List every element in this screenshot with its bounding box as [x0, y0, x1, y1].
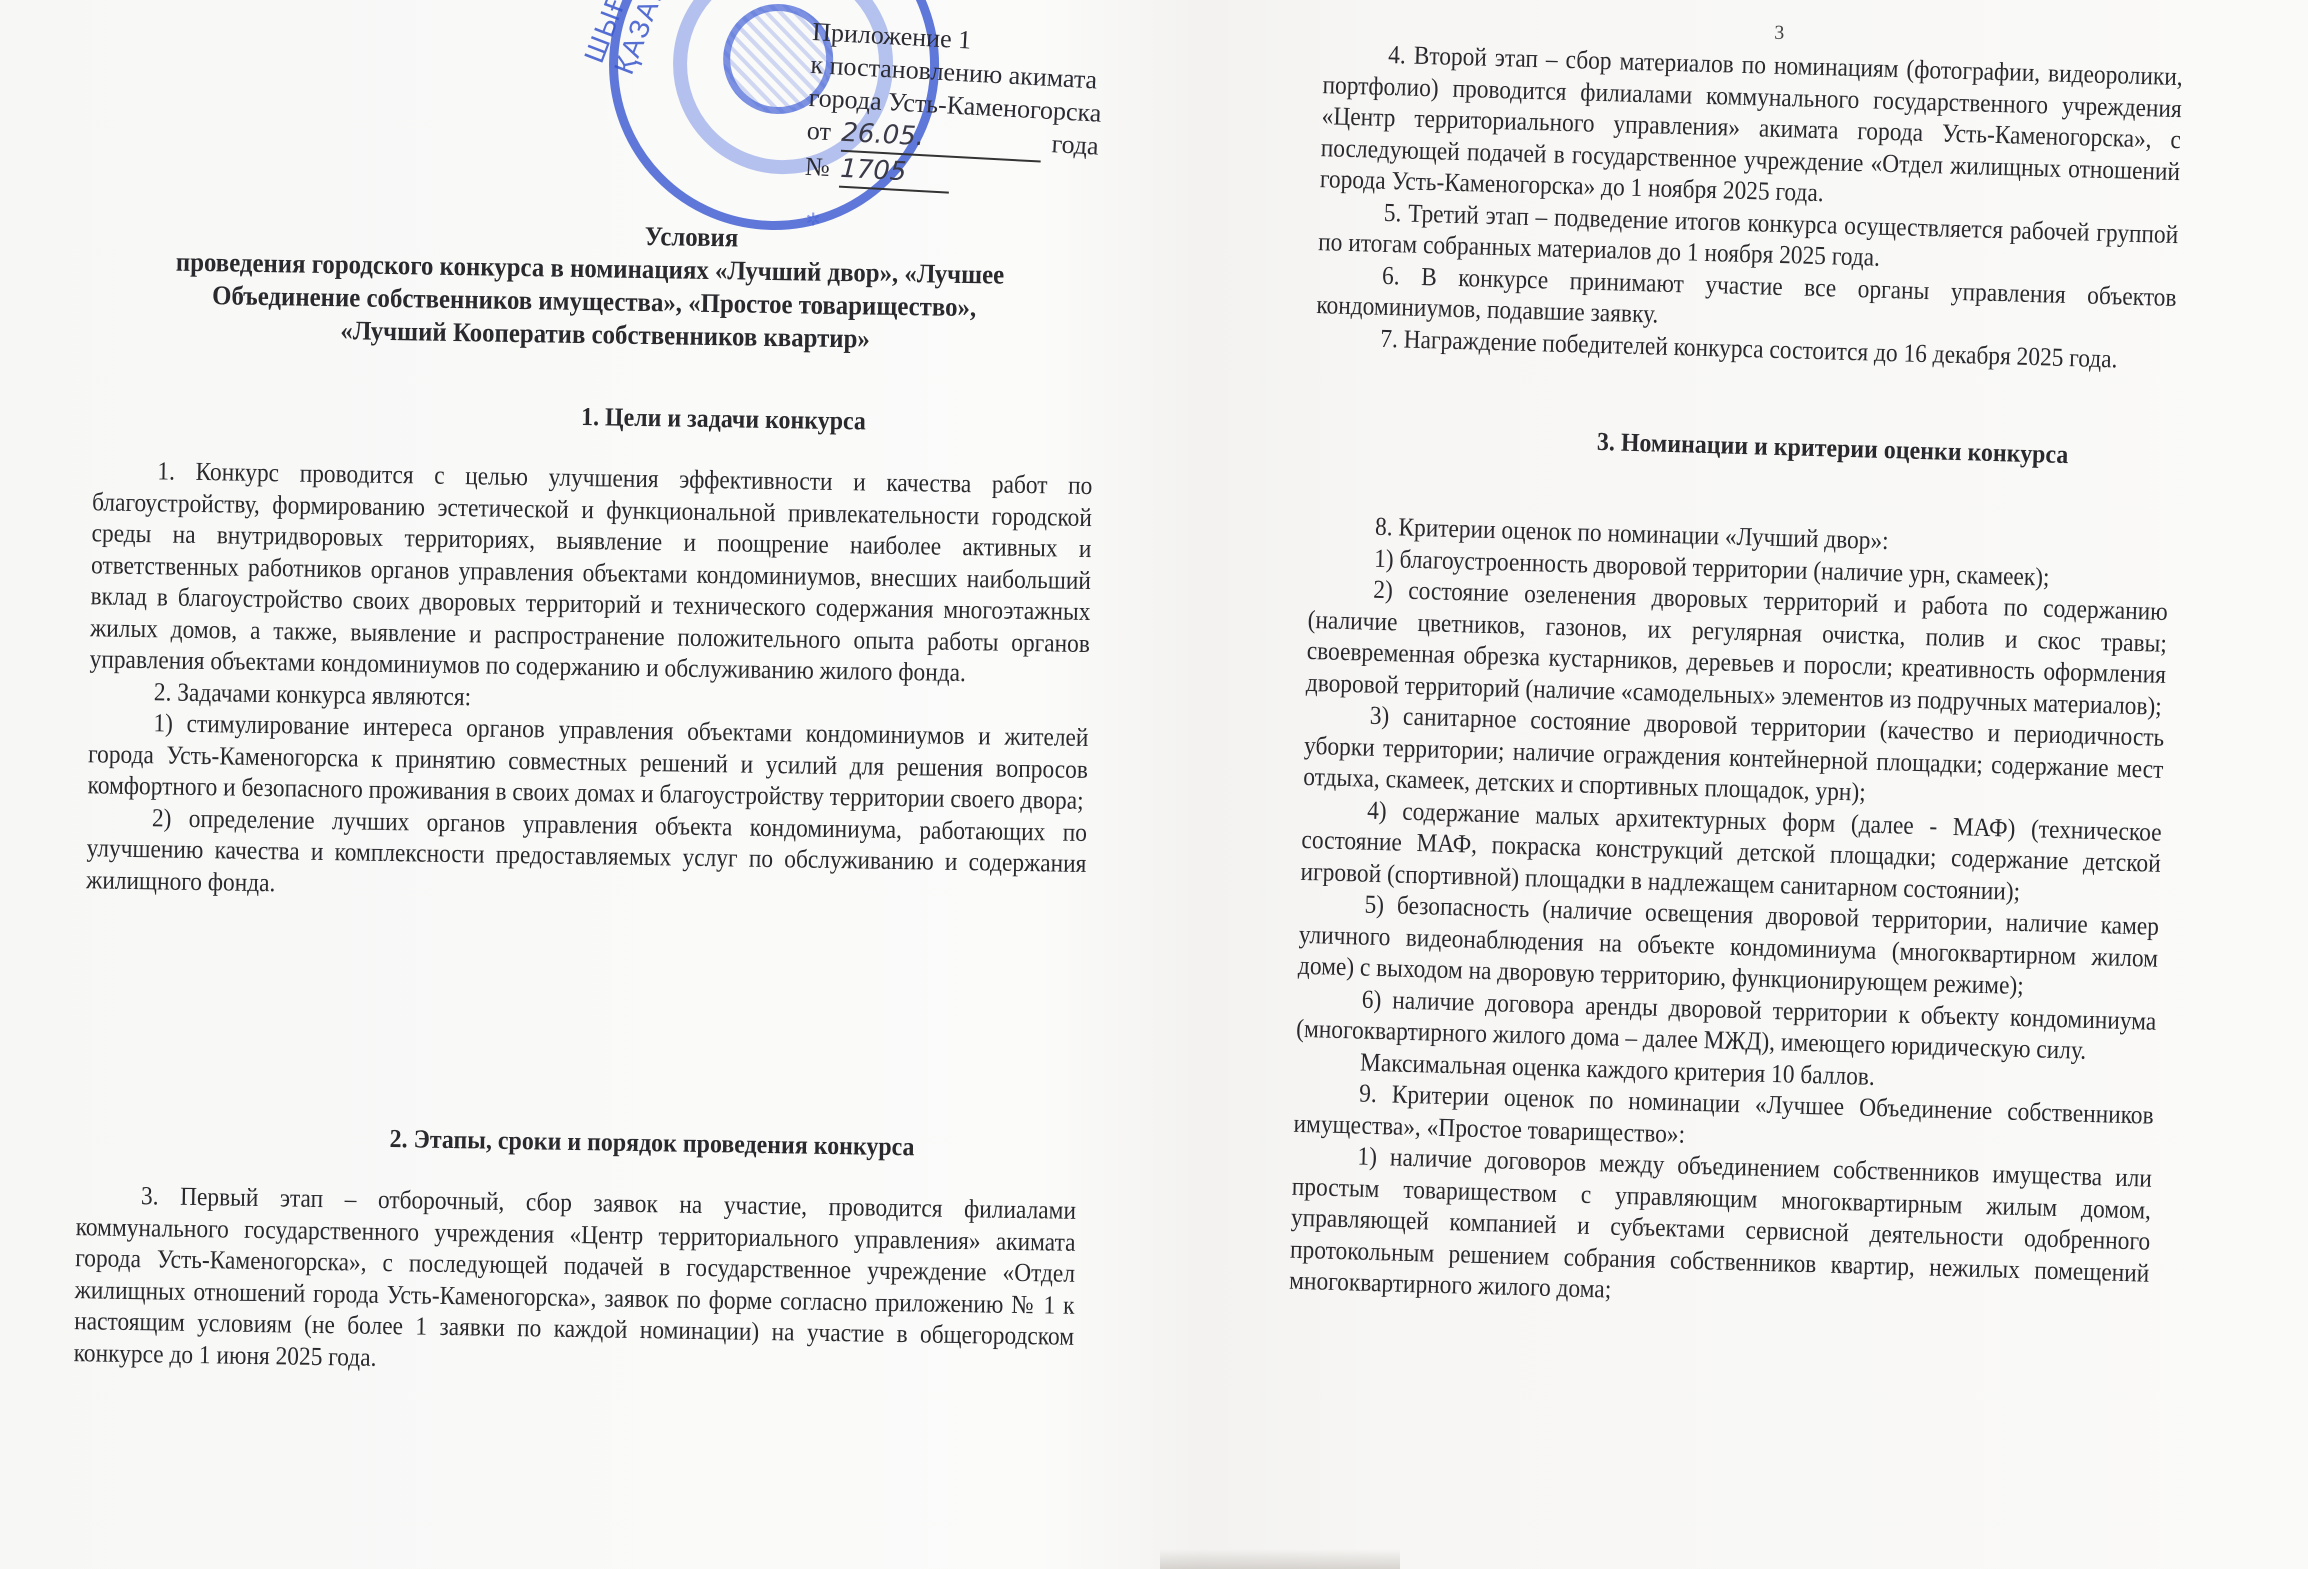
paragraph-9-criterion-1: 1) наличие договоров между объединением …	[1289, 1139, 2153, 1320]
date-suffix: года	[1051, 129, 1100, 161]
paragraph-2-item-1: 1) стимулирование интереса органов управ…	[87, 706, 1088, 816]
right-page: 3 4. Второй этап – сбор материалов по но…	[1355, 0, 2225, 24]
appendix-header: Приложение 1 к постановлению акимата гор…	[804, 15, 1106, 202]
paragraph-1: 1. Конкурс проводится с целью улучшения …	[89, 454, 1092, 690]
section-1-heading: 1. Цели и задачи конкурса	[309, 398, 1137, 441]
section-2-continued: 4. Второй этап – сбор материалов по номи…	[1315, 37, 2278, 379]
number-prefix: №	[804, 152, 830, 182]
page-fold-shadow	[1160, 1549, 1400, 1569]
section-3-body: 8. Критерии оценок по номинации «Лучший …	[1289, 509, 2266, 1323]
document-spread: ШЫҒЫС ҚАЗАҚСТАН ✲ Приложение 1 к постано…	[0, 0, 2308, 1569]
left-page: ШЫҒЫС ҚАЗАҚСТАН ✲ Приложение 1 к постано…	[140, 0, 1140, 16]
page-number: 3	[1774, 22, 1785, 45]
section-1-body: 1. Конкурс проводится с целью улучшения …	[86, 454, 1204, 912]
section-3-heading: 3. Номинации и критерии оценки конкурса	[1437, 422, 2229, 474]
handwritten-date: 26.05.	[841, 118, 925, 152]
document-title: Условия проведения городского конкурса в…	[175, 213, 1097, 359]
section-2-heading: 2. Этапы, сроки и порядок проведения кон…	[238, 1122, 1066, 1165]
date-prefix: от	[806, 116, 832, 146]
paragraph-2-item-2: 2) определение лучших органов управления…	[86, 801, 1087, 911]
section-2-body: 3. Первый этап – отборочный, сбор заявок…	[74, 1179, 1188, 1385]
paragraph-4: 4. Второй этап – сбор материалов по номи…	[1320, 37, 2184, 218]
criterion-2: 2) состояние озеленения дворовых террито…	[1305, 572, 2168, 722]
paragraph-3: 3. Первый этап – отборочный, сбор заявок…	[74, 1179, 1077, 1384]
handwritten-number: 1705	[839, 154, 907, 188]
